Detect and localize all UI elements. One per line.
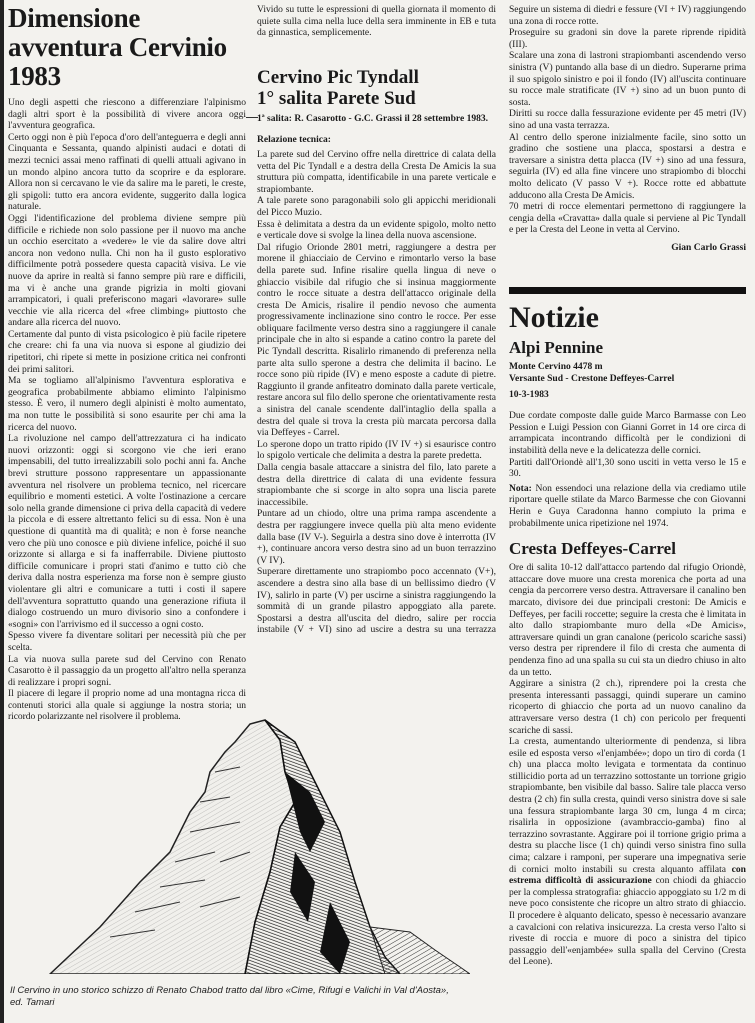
note-text: Non essendoci una relazione della via cr… — [509, 483, 746, 529]
relazione-label: Relazione tecnica: — [257, 134, 496, 146]
paragraph: Spesso vivere fa diventare solitari per … — [8, 630, 246, 653]
paragraph: Due cordate composte dalle guide Marco B… — [509, 410, 746, 456]
first-ascent-credit: 1ª salita: R. Casarotto - G.C. Grassi il… — [257, 113, 496, 125]
page-edge-shadow — [0, 0, 4, 1023]
paragraph: Proseguire su gradoni sin dove la parete… — [509, 27, 746, 50]
title-line-2: 1° salita Parete Sud — [257, 88, 416, 109]
paragraph: Seguire un sistema di diedri e fessure (… — [509, 4, 746, 27]
paragraph: Dal rifugio Orionde 2801 metri, raggiung… — [257, 242, 496, 439]
paragraph: Puntare ad un chiodo, oltre una prima ra… — [257, 508, 496, 566]
text-run: con chiodi da ghiaccio per la complessa … — [509, 875, 746, 967]
article-pic-tyndall: Vivido su tutte le espressioni di quella… — [257, 4, 496, 637]
route-info: Versante Sud - Crestone Deffeyes-Carrel — [509, 373, 746, 385]
paragraph: Ore di salita 10-12 dall'attacco partend… — [509, 562, 746, 678]
title-line-1: Cervino Pic Tyndall — [257, 67, 419, 88]
paragraph: La rivoluzione nel campo dell'attrezzatu… — [8, 433, 246, 630]
section-heading: Alpi Pennine — [509, 338, 746, 357]
paragraph: La cresta, aumentando ulteriormente di p… — [509, 736, 746, 968]
author-signature: Gian Carlo Grassi — [509, 242, 746, 254]
paragraph: Diritti su rocce dalla fessurazione evid… — [509, 108, 746, 131]
right-column: Seguire un sistema di diedri e fessure (… — [509, 4, 746, 968]
article-title: Dimensione avventura Cervinio 1983 — [8, 4, 246, 91]
paragraph: Superare direttamente uno strapiombo poc… — [257, 566, 496, 637]
matterhorn-sketch-illustration — [40, 712, 470, 974]
paragraph: Oggi l'identificazione del problema divi… — [8, 213, 246, 329]
note-paragraph: Nota: Non essendoci una relazione della … — [509, 483, 746, 529]
paragraph: Al centro dello sperone inizialmente fac… — [509, 132, 746, 202]
date: 10-3-1983 — [509, 389, 746, 401]
paragraph: La parete sud del Cervino offre nella di… — [257, 149, 496, 195]
article-dimensione-avventura: Dimensione avventura Cervinio 1983 Uno d… — [8, 4, 246, 723]
note-label: Nota: — [509, 483, 532, 494]
paragraph: Essa è delimitata a destra da un evident… — [257, 219, 496, 242]
paragraph: Lo sperone dopo un tratto ripido (IV IV … — [257, 439, 496, 462]
section-divider — [509, 287, 746, 294]
paragraph: Aggirare a sinistra (2 ch.), riprendere … — [509, 678, 746, 736]
paragraph: La via nuova sulla parete sud del Cervin… — [8, 654, 246, 689]
text-run: La cresta, aumentando ulteriormente di p… — [509, 736, 746, 875]
peak-info: Monte Cervino 4478 m — [509, 361, 746, 373]
illustration-caption: Il Cervino in uno storico schizzo di Ren… — [10, 985, 450, 1009]
paragraph: Vivido su tutte le espressioni di quella… — [257, 4, 496, 39]
paragraph: Uno degli aspetti che riescono a differe… — [8, 97, 246, 132]
paragraph: Dalla cengia basale attaccare a sinistra… — [257, 462, 496, 508]
notizie-heading: Notizie — [509, 302, 746, 334]
paragraph: Certamente dal punto di vista psicologic… — [8, 329, 246, 375]
paragraph: Partiti dall'Oriondè all'1,30 sono uscit… — [509, 457, 746, 480]
article-title: Cervino Pic Tyndall 1° salita Parete Sud — [257, 67, 496, 109]
paragraph: Certo oggi non è più l'epoca d'oro dell'… — [8, 132, 246, 213]
paragraph: A tale parete sono paragonabili solo gli… — [257, 195, 496, 218]
subsection-heading: Cresta Deffeyes-Carrel — [509, 539, 746, 558]
paragraph: Scalare una zona di lastroni strapiomban… — [509, 50, 746, 108]
paragraph: 70 metri di rocce elementari permettono … — [509, 201, 746, 236]
paragraph: Ma se togliamo all'alpinismo l'avventura… — [8, 375, 246, 433]
